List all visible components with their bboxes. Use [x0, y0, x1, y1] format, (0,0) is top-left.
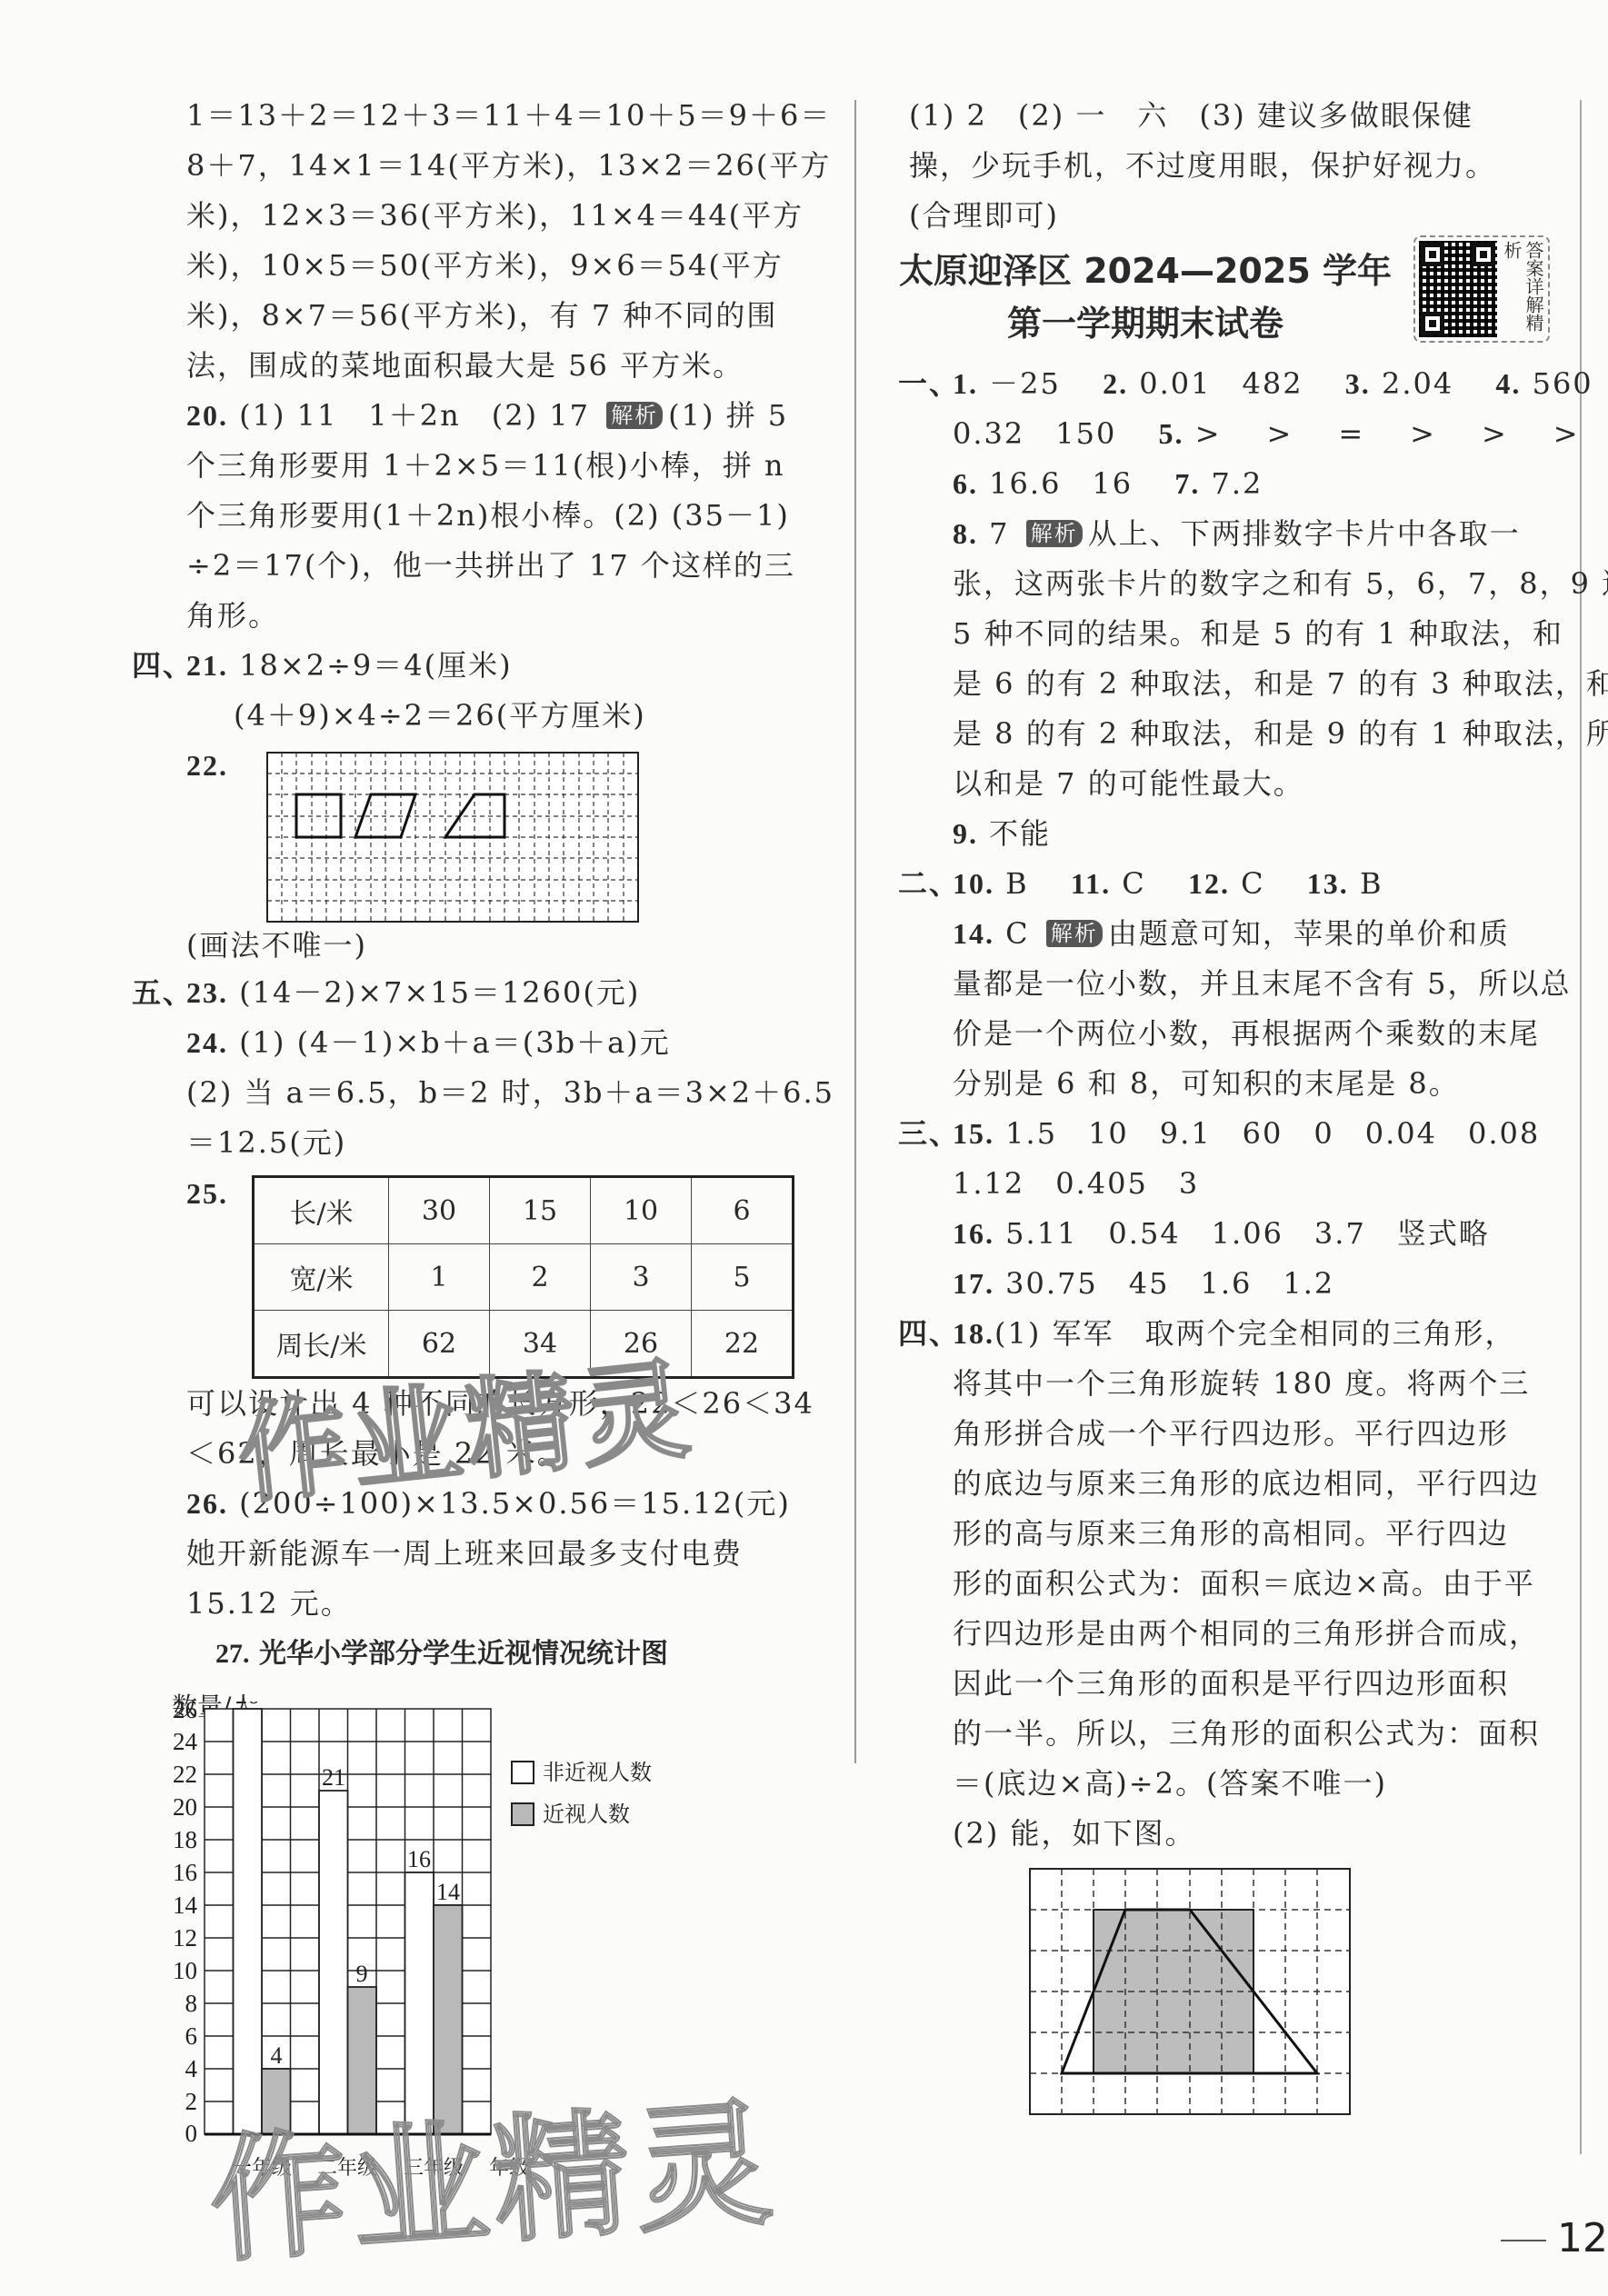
svg-text:12: 12: [173, 1924, 197, 1952]
question-number: 14.: [953, 917, 994, 950]
text-line: 法，围成的菜地面积最大是 56 平方米。: [186, 341, 841, 391]
text-line: 8＋7，14×1＝14(平方米)，13×2＝26(平方: [186, 141, 841, 191]
answer-text: C: [1122, 866, 1145, 901]
chart-title: 光华小学部分学生近视情况统计图: [259, 1638, 668, 1670]
question-number: 27.: [215, 1639, 250, 1669]
answer-text: 5.11 0.54 1.06 3.7 竖式略: [1005, 1216, 1490, 1251]
table-cell: 5: [692, 1244, 794, 1311]
text-line: (1) 2 (2) 一 六 (3) 建议多做眼保健: [909, 91, 1550, 141]
page-edge-line: [1580, 100, 1582, 2154]
section-label: 三、: [898, 1109, 960, 1159]
text-line: 因此一个三角形的面积是平行四边形面积: [953, 1659, 1550, 1709]
table-cell: 6: [692, 1177, 794, 1244]
qr-caption: 答案详解精析: [1501, 241, 1544, 337]
answer-text: > > = > > >: [1195, 416, 1587, 451]
svg-text:10: 10: [173, 1957, 197, 1984]
text-line: 15.12 元。: [186, 1579, 841, 1629]
q18-answer: 四、18.(1) 军军 取两个完全相同的三角形， 将其中一个三角形旋转 180 …: [953, 1309, 1550, 1859]
svg-text:4: 4: [271, 2042, 283, 2069]
svg-text:26: 26: [173, 1702, 197, 1723]
q10-13-answers: 二、 10. B 11. C 12. C 13. B: [953, 859, 1550, 909]
text-line: 角形拼合成一个平行四边形。平行四边形: [953, 1409, 1550, 1459]
text-line: 由题意可知，苹果的单价和质: [1108, 916, 1510, 951]
exam-title-line2: 第一学期期末试卷: [891, 297, 1400, 350]
question-number: 9.: [953, 817, 978, 850]
svg-text:24: 24: [173, 1728, 198, 1755]
text-line: (1) 拼 5: [668, 398, 788, 433]
q19-continuation: 1＝13＋2＝12＋3＝11＋4＝10＋5＝9＋6＝ 8＋7，14×1＝14(平…: [186, 91, 841, 391]
text-line: 是 8 的有 2 种取法，和是 9 的有 1 种取法，所: [953, 709, 1550, 759]
qr-code-box[interactable]: 答案详解精析: [1413, 235, 1550, 343]
analysis-tag: 解析: [1026, 520, 1083, 547]
text-line: 个三角形要用 1＋2×5＝11(根)小棒，拼 n: [186, 441, 841, 491]
trapezoid-grid-figure: [1029, 1868, 1353, 2117]
section-label: 四、: [898, 1309, 960, 1359]
svg-text:近视人数: 近视人数: [543, 1802, 630, 1827]
q23-answer: 五、23. (14－2)×7×15＝1260(元): [186, 968, 841, 1018]
text-line: (1) 军军 取两个完全相同的三角形，: [994, 1316, 1516, 1351]
bar-grade3-myopia: [434, 1905, 463, 2134]
exam-title-block: 太原迎泽区 2024—2025 学年 第一学期期末试卷 答案详解精析: [909, 245, 1550, 359]
text-line: 角形。: [186, 591, 841, 641]
text-line: 可以设计出 4 种不同的长方形，22＜26＜34: [186, 1379, 841, 1429]
text-line: 从上、下两排数字卡片中各取一: [1088, 516, 1521, 551]
text-line: 行四边形是由两个相同的三角形拼合而成，: [953, 1609, 1550, 1659]
svg-text:9: 9: [356, 1961, 368, 1987]
text-line: 18×2÷9＝4(厘米): [239, 648, 512, 683]
svg-text:8: 8: [185, 1990, 198, 2017]
section-label: 五、: [132, 968, 194, 1018]
q8-answer: 8. 7 解析从上、下两排数字卡片中各取一 张，这两张卡片的数字之和有 5，6，…: [953, 509, 1550, 809]
text-line: 是 6 的有 2 种取法，和是 7 的有 3 种取法，和: [953, 659, 1550, 709]
q22-answer: 22. (画法不唯一): [186, 741, 841, 968]
answer-text: B: [1005, 866, 1029, 901]
svg-text:21: 21: [322, 1764, 345, 1791]
text-line: (4＋9)×4÷2＝26(平方厘米): [186, 691, 841, 741]
bar-grade1-myopia: [262, 2069, 291, 2134]
page-number: 12: [1501, 2215, 1608, 2261]
answer-text: 16.6 16: [989, 466, 1133, 501]
text-line: ＝(底边×高)÷2。(答案不唯一): [953, 1759, 1550, 1809]
svg-text:16: 16: [173, 1859, 197, 1886]
q16-answer: 16. 5.11 0.54 1.06 3.7 竖式略: [953, 1209, 1550, 1259]
question-number: 25.: [186, 1175, 252, 1212]
page-number-text: 12: [1557, 2215, 1608, 2261]
question-number: 4.: [1495, 367, 1521, 400]
text-line: 米)，8×7＝56(平方米)，有 7 种不同的围: [186, 291, 841, 341]
bar-grade1-non-myopia: [234, 1709, 263, 2134]
exam-title-line1: 太原迎泽区 2024—2025 学年: [891, 245, 1400, 297]
q1-7-answers: 一、 1. －25 2. 0.01 482 3. 2.04 4. 560 0.3…: [953, 359, 1550, 2121]
table-cell: 2: [490, 1244, 591, 1311]
row-header: 周长/米: [254, 1311, 389, 1378]
question-number: 8.: [953, 517, 978, 550]
left-column: 1＝13＋2＝12＋3＝11＋4＝10＋5＝9＋6＝ 8＋7，14×1＝14(平…: [186, 91, 841, 2211]
question-number: 16.: [953, 1217, 994, 1250]
text-line: ＝12.5(元): [186, 1118, 841, 1168]
table-cell: 3: [591, 1244, 692, 1311]
qr-code-icon[interactable]: [1419, 241, 1497, 337]
answer-text: 0.01 482: [1139, 366, 1303, 401]
question-number: 17.: [953, 1267, 994, 1300]
question-number: 6.: [953, 467, 978, 500]
analysis-tag: 解析: [606, 402, 663, 429]
text-line: 1＝13＋2＝12＋3＝11＋4＝10＋5＝9＋6＝: [186, 91, 841, 141]
bar-grade2-non-myopia: [319, 1791, 348, 2134]
table-row: 宽/米 1 2 3 5: [254, 1244, 794, 1311]
table-cell: 34: [490, 1311, 591, 1378]
row-header: 宽/米: [254, 1244, 389, 1311]
question-number: 24.: [186, 1026, 228, 1059]
table-row: 周长/米 62 34 26 22: [254, 1311, 794, 1378]
answer-text: 7: [989, 516, 1009, 551]
text-line: (1) (4－1)×b＋a＝(3b＋a)元: [239, 1025, 670, 1060]
text-line: 形的高与原来三角形的高相同。平行四边: [953, 1509, 1550, 1559]
question-number: 11.: [1071, 867, 1111, 900]
answer-text: (1) 11 1＋2n (2) 17: [239, 398, 590, 433]
text-line: (2) 能，如下图。: [953, 1809, 1550, 1859]
svg-text:三年级: 三年级: [404, 2157, 464, 2180]
q15-answer: 三、15. 1.5 10 9.1 60 0 0.04 0.08 1.12 0.4…: [953, 1109, 1550, 1209]
text-line: 量都是一位小数，并且末尾不含有 5，所以总: [953, 959, 1550, 1009]
text-line: 米)，12×3＝36(平方米)，11×4＝44(平方: [186, 191, 841, 241]
svg-text:一年级: 一年级: [232, 2157, 292, 2180]
text-line: 价是一个两位小数，再根据两个乘数的末尾: [953, 1009, 1550, 1059]
q26-answer: 26. (200÷100)×13.5×0.56＝15.12(元) 她开新能源车一…: [186, 1479, 841, 1629]
svg-text:22: 22: [173, 1761, 197, 1788]
text-line: (2) 当 a＝6.5，b＝2 时，3b＋a＝3×2＋6.5: [186, 1068, 841, 1118]
table-cell: 22: [692, 1311, 794, 1378]
text-line: 米)，10×5＝50(平方米)，9×6＝54(平方: [186, 241, 841, 291]
answer-text: 2.04: [1382, 366, 1453, 401]
note-text: (画法不唯一): [186, 921, 367, 971]
text-line: 5 种不同的结果。和是 5 的有 1 种取法，和: [953, 609, 1550, 659]
table-cell: 1: [389, 1244, 490, 1311]
column-divider: [854, 100, 856, 1763]
q24-answer: 24. (1) (4－1)×b＋a＝(3b＋a)元 (2) 当 a＝6.5，b＝…: [186, 1018, 841, 1168]
svg-text:26: 26: [235, 1702, 259, 1709]
q9-answer: 9. 不能: [953, 809, 1550, 859]
section-label: 二、: [898, 859, 960, 909]
question-number: 26.: [186, 1487, 228, 1520]
table-cell: 10: [591, 1177, 692, 1244]
svg-text:20: 20: [173, 1793, 197, 1821]
bar-grade2-myopia: [348, 1987, 377, 2134]
analysis-tag: 解析: [1046, 920, 1103, 947]
svg-text:6: 6: [185, 2022, 198, 2050]
svg-text:4: 4: [185, 2055, 198, 2082]
answer-text: 560: [1533, 366, 1593, 401]
grid-drawing-figures: [266, 752, 641, 924]
answer-text: C: [1241, 866, 1264, 901]
q27-continuation: (1) 2 (2) 一 六 (3) 建议多做眼保健 操，少玩手机，不过度用眼，保…: [909, 91, 1550, 241]
bar-chart: 02468101214161820222426 26 4 21: [168, 1702, 823, 2192]
page-number-dash: [1501, 2240, 1546, 2241]
question-number: 13.: [1307, 867, 1349, 900]
answer-text: 不能: [989, 816, 1051, 851]
text-line: 以和是 7 的可能性最大。: [953, 759, 1550, 809]
text-line: 操，少玩手机，不过度用眼，保护好视力。: [909, 141, 1550, 191]
question-number: 20.: [186, 399, 228, 432]
text-line: 将其中一个三角形旋转 180 度。将两个三: [953, 1359, 1550, 1409]
section-label: 一、: [898, 359, 960, 409]
q21-answer: 四、21. 18×2÷9＝4(厘米) (4＋9)×4÷2＝26(平方厘米): [186, 641, 841, 741]
section-label: 四、: [132, 641, 194, 691]
table-row: 长/米 30 15 10 6: [254, 1177, 794, 1244]
text-line: ＜62，周长最小是 22 米。: [186, 1429, 841, 1479]
row-header: 长/米: [254, 1177, 389, 1244]
svg-text:0: 0: [185, 2120, 198, 2147]
text-line: 1.5 10 9.1 60 0 0.04 0.08: [1005, 1116, 1540, 1151]
table-cell: 62: [389, 1311, 490, 1378]
question-number: 2.: [1103, 367, 1128, 400]
rectangle-table: 长/米 30 15 10 6 宽/米 1 2 3 5 周长/米 62 34: [252, 1175, 794, 1379]
svg-text:年级: 年级: [489, 2157, 529, 2180]
answer-text: C: [1005, 916, 1029, 951]
text-line: 分别是 6 和 8，可知积的末尾是 8。: [953, 1059, 1550, 1109]
text-line: (200÷100)×13.5×0.56＝15.12(元): [239, 1486, 791, 1521]
text-line: 1.12 0.405 3: [953, 1159, 1550, 1209]
q20-answer: 20. (1) 11 1＋2n (2) 17 解析(1) 拼 5 个三角形要用 …: [186, 391, 841, 641]
table-cell: 26: [591, 1311, 692, 1378]
question-number: 12.: [1188, 867, 1230, 900]
text-line: 个三角形要用(1＋2n)根小棒。(2) (35－1): [186, 491, 841, 541]
question-number: 5.: [1159, 417, 1184, 450]
text-line: 形的面积公式为：面积＝底边×高。由于平: [953, 1559, 1550, 1609]
q14-answer: 14. C 解析由题意可知，苹果的单价和质 量都是一位小数，并且末尾不含有 5，…: [953, 909, 1550, 1109]
q27-chart-block: 27. 光华小学部分学生近视情况统计图 数量/人 024681012141618…: [186, 1629, 841, 2211]
answer-text: 30.75 45 1.6 1.2: [1005, 1266, 1334, 1301]
exam-title: 太原迎泽区 2024—2025 学年 第一学期期末试卷: [891, 245, 1400, 350]
svg-text:14: 14: [436, 1879, 460, 1905]
text-line: (合理即可): [909, 191, 1550, 241]
right-column: (1) 2 (2) 一 六 (3) 建议多做眼保健 操，少玩手机，不过度用眼，保…: [909, 91, 1550, 2121]
svg-text:非近视人数: 非近视人数: [543, 1760, 652, 1785]
question-number: 7.: [1174, 467, 1200, 500]
answer-text: －25: [989, 366, 1061, 401]
text-line: 张，这两张卡片的数字之和有 5，6，7，8，9 这: [953, 559, 1550, 609]
svg-text:二年级: 二年级: [317, 2157, 377, 2180]
q25-answer: 25. 长/米 30 15 10 6 宽/米 1 2 3 5 周长/米: [186, 1175, 841, 1479]
svg-text:2: 2: [185, 2088, 198, 2115]
svg-text:18: 18: [173, 1826, 197, 1853]
question-number: 3.: [1345, 367, 1371, 400]
question-number: 22.: [186, 741, 228, 791]
text-line: ÷2＝17(个)，他一共拼出了 17 个这样的三: [186, 541, 841, 591]
text-line: (14－2)×7×15＝1260(元): [239, 975, 640, 1010]
answer-text: B: [1360, 866, 1383, 901]
svg-text:14: 14: [173, 1892, 198, 1919]
q17-answer: 17. 30.75 45 1.6 1.2: [953, 1259, 1550, 1309]
svg-text:16: 16: [407, 1846, 431, 1872]
text-line: 的一半。所以，三角形的面积公式为：面积: [953, 1709, 1550, 1759]
text-line: 的底边与原来三角形的底边相同，平行四边: [953, 1459, 1550, 1509]
bar-grade3-non-myopia: [405, 1872, 434, 2134]
answer-text: 7.2: [1212, 466, 1263, 501]
text-line: 她开新能源车一周上班来回最多支付电费: [186, 1529, 841, 1579]
answer-text: 0.32 150: [953, 416, 1116, 451]
table-cell: 15: [490, 1177, 591, 1244]
table-cell: 30: [389, 1177, 490, 1244]
